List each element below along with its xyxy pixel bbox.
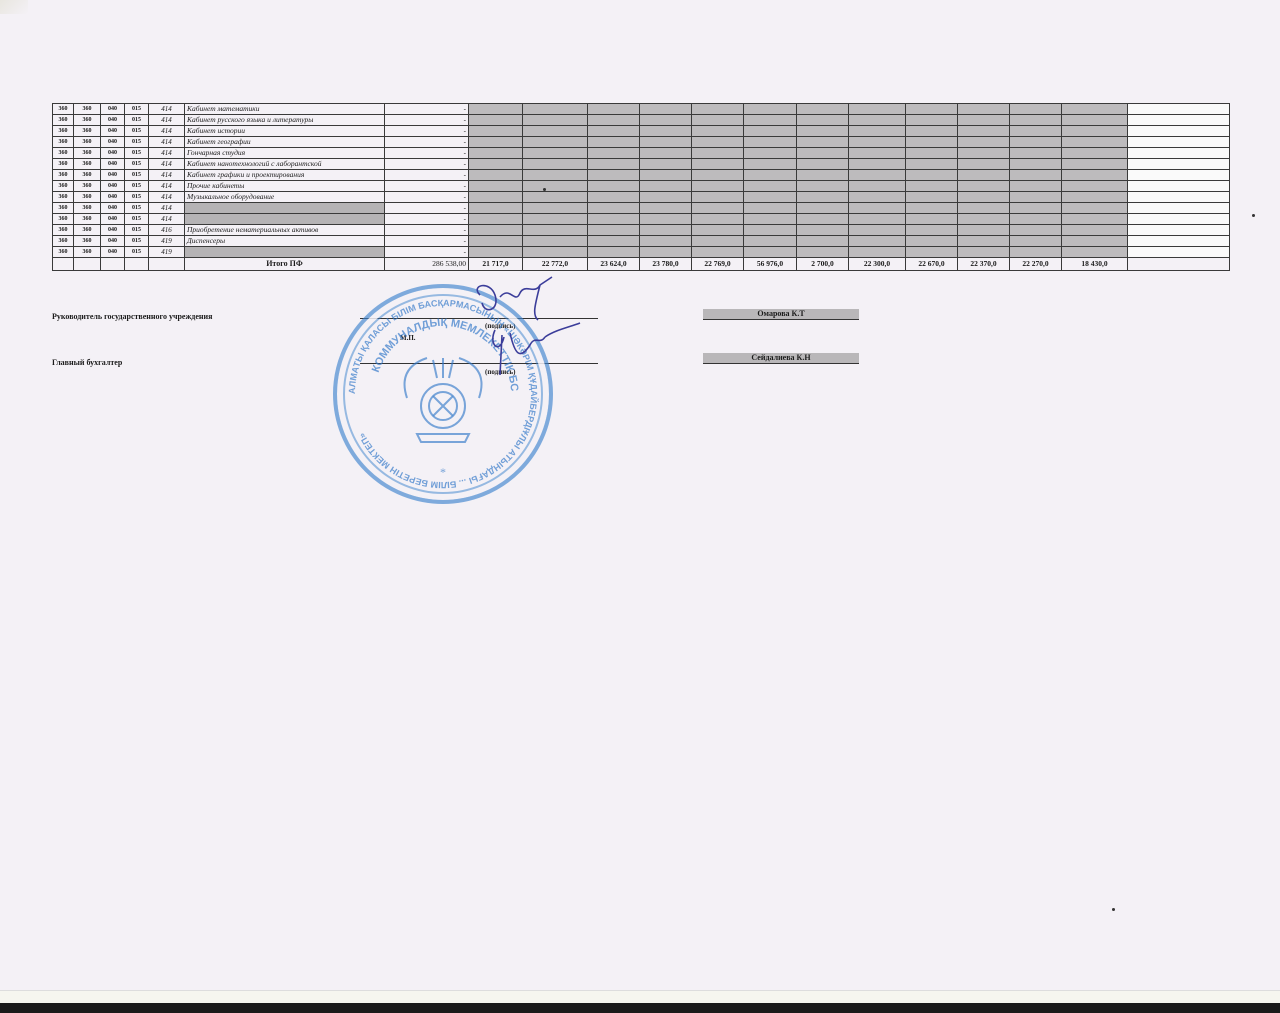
cell-c2: 360 <box>74 214 101 225</box>
cell-month-4 <box>640 181 692 192</box>
cell-c2: 360 <box>74 126 101 137</box>
cell-month-4 <box>640 170 692 181</box>
cell-month-11 <box>1010 214 1062 225</box>
cell-month-9 <box>906 214 958 225</box>
table-row: 360360040015414Кабинет истории- <box>53 126 1230 137</box>
cell-month-7 <box>797 247 849 258</box>
cell-month-5 <box>692 203 744 214</box>
cell-month-4 <box>640 247 692 258</box>
cell-total: - <box>385 181 469 192</box>
cell-month-3 <box>588 137 640 148</box>
cell-c1: 360 <box>53 214 74 225</box>
cell-name: Кабинет географии <box>185 137 385 148</box>
cell-month-5 <box>692 236 744 247</box>
cell-month-3 <box>588 148 640 159</box>
cell-name: Приобретение нематериальных активов <box>185 225 385 236</box>
cell-month-8 <box>849 137 906 148</box>
accountant-name: Сейдалиева К.Н <box>703 353 859 364</box>
cell-spec: 414 <box>149 159 185 170</box>
cell-month-7 <box>797 203 849 214</box>
cell-month-12 <box>1062 225 1128 236</box>
cell-month-3 <box>588 126 640 137</box>
table-row: 360360040015414Музыкальное оборудование- <box>53 192 1230 203</box>
cell-note <box>1128 192 1230 203</box>
total-month-10: 22 370,0 <box>958 258 1010 271</box>
cell-month-5 <box>692 247 744 258</box>
cell-month-3 <box>588 214 640 225</box>
cell-c4: 015 <box>125 115 149 126</box>
cell-month-10 <box>958 203 1010 214</box>
cell-month-3 <box>588 203 640 214</box>
cell-month-5 <box>692 148 744 159</box>
cell-month-8 <box>849 247 906 258</box>
cell-month-1 <box>469 126 523 137</box>
accountant-label: Главный бухгалтер <box>52 358 122 367</box>
cell-total: - <box>385 214 469 225</box>
cell-spec: 414 <box>149 115 185 126</box>
cell-c4: 015 <box>125 181 149 192</box>
cell-total: - <box>385 104 469 115</box>
cell-month-3 <box>588 170 640 181</box>
cell-month-12 <box>1062 104 1128 115</box>
total-month-11: 22 270,0 <box>1010 258 1062 271</box>
cell-month-2 <box>523 247 588 258</box>
cell-month-12 <box>1062 170 1128 181</box>
cell-total: - <box>385 126 469 137</box>
cell-month-8 <box>849 214 906 225</box>
cell-month-5 <box>692 214 744 225</box>
cell-month-11 <box>1010 170 1062 181</box>
cell-month-7 <box>797 126 849 137</box>
cell-c2: 360 <box>74 170 101 181</box>
cell-c2: 360 <box>74 148 101 159</box>
cell-month-2 <box>523 115 588 126</box>
cell-month-4 <box>640 214 692 225</box>
total-month-6: 56 976,0 <box>744 258 797 271</box>
cell-month-1 <box>469 159 523 170</box>
cell-month-8 <box>849 104 906 115</box>
table-row: 360360040015414- <box>53 214 1230 225</box>
cell-c1: 360 <box>53 126 74 137</box>
cell-c3: 040 <box>101 104 125 115</box>
svg-text:*: * <box>440 465 446 479</box>
cell-month-9 <box>906 170 958 181</box>
cell-month-11 <box>1010 225 1062 236</box>
cell-month-1 <box>469 225 523 236</box>
cell-name <box>185 203 385 214</box>
cell-c1: 360 <box>53 115 74 126</box>
page-corner-shadow <box>0 0 28 14</box>
cell-month-9 <box>906 192 958 203</box>
cell-name: Кабинет математики <box>185 104 385 115</box>
cell-total: - <box>385 203 469 214</box>
handwritten-signatures <box>440 275 600 395</box>
cell-c3: 040 <box>101 247 125 258</box>
cell-c4: 015 <box>125 203 149 214</box>
cell-spec: 414 <box>149 137 185 148</box>
cell-month-4 <box>640 236 692 247</box>
cell-month-1 <box>469 137 523 148</box>
cell-month-4 <box>640 126 692 137</box>
cell-month-6 <box>744 247 797 258</box>
cell-empty <box>125 258 149 271</box>
cell-month-1 <box>469 181 523 192</box>
cell-month-10 <box>958 104 1010 115</box>
cell-c2: 360 <box>74 225 101 236</box>
cell-month-10 <box>958 181 1010 192</box>
cell-month-8 <box>849 115 906 126</box>
cell-c1: 360 <box>53 236 74 247</box>
cell-month-7 <box>797 181 849 192</box>
cell-c3: 040 <box>101 225 125 236</box>
cell-spec: 414 <box>149 214 185 225</box>
cell-c2: 360 <box>74 236 101 247</box>
cell-month-11 <box>1010 148 1062 159</box>
cell-name: Кабинет нанотехнологий с лаборантской <box>185 159 385 170</box>
cell-month-8 <box>849 126 906 137</box>
cell-month-3 <box>588 181 640 192</box>
cell-month-11 <box>1010 137 1062 148</box>
cell-note <box>1128 148 1230 159</box>
cell-total: - <box>385 137 469 148</box>
cell-spec: 414 <box>149 181 185 192</box>
cell-month-5 <box>692 159 744 170</box>
cell-month-11 <box>1010 115 1062 126</box>
cell-month-2 <box>523 214 588 225</box>
table-row: 360360040015414Кабинет математики- <box>53 104 1230 115</box>
cell-month-1 <box>469 247 523 258</box>
cell-month-6 <box>744 148 797 159</box>
cell-month-4 <box>640 192 692 203</box>
cell-note <box>1128 236 1230 247</box>
total-amount: 286 538,00 <box>385 258 469 271</box>
cell-month-12 <box>1062 236 1128 247</box>
scan-speck <box>1252 214 1255 217</box>
cell-month-9 <box>906 181 958 192</box>
cell-c2: 360 <box>74 247 101 258</box>
cell-note <box>1128 170 1230 181</box>
cell-month-10 <box>958 214 1010 225</box>
cell-month-2 <box>523 104 588 115</box>
cell-c3: 040 <box>101 126 125 137</box>
cell-total: - <box>385 170 469 181</box>
cell-c1: 360 <box>53 247 74 258</box>
head-name: Омарова К.Т <box>703 309 859 320</box>
cell-month-4 <box>640 137 692 148</box>
cell-note <box>1128 258 1230 271</box>
cell-total: - <box>385 148 469 159</box>
total-month-1: 21 717,0 <box>469 258 523 271</box>
cell-month-2 <box>523 192 588 203</box>
table-row: 360360040015414Кабинет графики и проекти… <box>53 170 1230 181</box>
cell-month-7 <box>797 170 849 181</box>
cell-empty <box>101 258 125 271</box>
cell-month-9 <box>906 115 958 126</box>
cell-c2: 360 <box>74 115 101 126</box>
cell-c4: 015 <box>125 159 149 170</box>
cell-month-7 <box>797 137 849 148</box>
cell-c1: 360 <box>53 170 74 181</box>
scan-speck <box>1112 908 1115 911</box>
cell-month-11 <box>1010 181 1062 192</box>
cell-c3: 040 <box>101 214 125 225</box>
cell-total: - <box>385 225 469 236</box>
cell-month-3 <box>588 192 640 203</box>
cell-note <box>1128 214 1230 225</box>
cell-month-3 <box>588 159 640 170</box>
cell-month-4 <box>640 225 692 236</box>
cell-name: Музыкальное оборудование <box>185 192 385 203</box>
cell-c2: 360 <box>74 104 101 115</box>
cell-c3: 040 <box>101 236 125 247</box>
cell-month-6 <box>744 159 797 170</box>
table-row: 360360040015414Кабинет нанотехнологий с … <box>53 159 1230 170</box>
cell-total: - <box>385 192 469 203</box>
cell-empty <box>53 258 74 271</box>
budget-table: 360360040015414Кабинет математики-360360… <box>52 103 1230 271</box>
cell-month-3 <box>588 115 640 126</box>
cell-month-5 <box>692 192 744 203</box>
cell-c1: 360 <box>53 192 74 203</box>
cell-c2: 360 <box>74 181 101 192</box>
cell-month-10 <box>958 236 1010 247</box>
cell-month-7 <box>797 214 849 225</box>
cell-month-5 <box>692 104 744 115</box>
scan-speck <box>543 188 546 191</box>
cell-c2: 360 <box>74 192 101 203</box>
cell-note <box>1128 104 1230 115</box>
cell-name: Кабинет графики и проектирования <box>185 170 385 181</box>
cell-note <box>1128 137 1230 148</box>
cell-month-9 <box>906 236 958 247</box>
cell-month-11 <box>1010 159 1062 170</box>
cell-month-2 <box>523 159 588 170</box>
cell-month-9 <box>906 137 958 148</box>
cell-month-6 <box>744 115 797 126</box>
cell-month-9 <box>906 148 958 159</box>
total-month-2: 22 772,0 <box>523 258 588 271</box>
cell-name: Гончарная студия <box>185 148 385 159</box>
cell-spec: 416 <box>149 225 185 236</box>
cell-total: - <box>385 247 469 258</box>
paper-bottom-edge <box>0 990 1280 1003</box>
cell-month-9 <box>906 247 958 258</box>
cell-month-10 <box>958 126 1010 137</box>
cell-c1: 360 <box>53 148 74 159</box>
cell-c3: 040 <box>101 148 125 159</box>
cell-month-6 <box>744 170 797 181</box>
cell-month-7 <box>797 115 849 126</box>
cell-month-9 <box>906 126 958 137</box>
cell-month-8 <box>849 203 906 214</box>
cell-month-11 <box>1010 203 1062 214</box>
cell-c4: 015 <box>125 225 149 236</box>
cell-c4: 015 <box>125 236 149 247</box>
cell-month-2 <box>523 137 588 148</box>
cell-month-3 <box>588 104 640 115</box>
cell-c4: 015 <box>125 170 149 181</box>
cell-c3: 040 <box>101 159 125 170</box>
cell-note <box>1128 225 1230 236</box>
cell-month-12 <box>1062 181 1128 192</box>
cell-month-4 <box>640 104 692 115</box>
total-month-5: 22 769,0 <box>692 258 744 271</box>
table-row: 360360040015414Гончарная студия- <box>53 148 1230 159</box>
cell-month-10 <box>958 225 1010 236</box>
cell-month-8 <box>849 225 906 236</box>
cell-month-1 <box>469 236 523 247</box>
cell-month-2 <box>523 126 588 137</box>
total-label: Итого ПФ <box>185 258 385 271</box>
table-row: 360360040015414Прочие кабинеты- <box>53 181 1230 192</box>
cell-month-10 <box>958 192 1010 203</box>
total-month-9: 22 670,0 <box>906 258 958 271</box>
cell-month-4 <box>640 159 692 170</box>
cell-month-12 <box>1062 192 1128 203</box>
cell-c1: 360 <box>53 104 74 115</box>
cell-name <box>185 247 385 258</box>
cell-note <box>1128 203 1230 214</box>
cell-month-12 <box>1062 126 1128 137</box>
cell-c4: 015 <box>125 104 149 115</box>
cell-c4: 015 <box>125 192 149 203</box>
cell-spec: 414 <box>149 170 185 181</box>
table-row: 360360040015419- <box>53 247 1230 258</box>
cell-month-7 <box>797 192 849 203</box>
total-month-8: 22 300,0 <box>849 258 906 271</box>
cell-month-7 <box>797 159 849 170</box>
cell-month-12 <box>1062 148 1128 159</box>
cell-month-1 <box>469 192 523 203</box>
cell-month-6 <box>744 104 797 115</box>
cell-month-5 <box>692 126 744 137</box>
cell-c3: 040 <box>101 137 125 148</box>
table-row: 360360040015414Кабинет географии- <box>53 137 1230 148</box>
total-row: Итого ПФ286 538,0021 717,022 772,023 624… <box>53 258 1230 271</box>
cell-month-7 <box>797 104 849 115</box>
cell-name: Кабинет русского языка и литературы <box>185 115 385 126</box>
table-row: 360360040015414- <box>53 203 1230 214</box>
cell-c4: 015 <box>125 126 149 137</box>
cell-spec: 414 <box>149 192 185 203</box>
cell-note <box>1128 126 1230 137</box>
cell-month-5 <box>692 181 744 192</box>
cell-month-10 <box>958 159 1010 170</box>
cell-month-11 <box>1010 236 1062 247</box>
cell-month-12 <box>1062 247 1128 258</box>
table-row: 360360040015419Диспенсеры- <box>53 236 1230 247</box>
cell-month-5 <box>692 115 744 126</box>
cell-name <box>185 214 385 225</box>
cell-month-11 <box>1010 126 1062 137</box>
cell-month-1 <box>469 214 523 225</box>
cell-c4: 015 <box>125 137 149 148</box>
cell-month-7 <box>797 225 849 236</box>
cell-month-8 <box>849 181 906 192</box>
cell-c4: 015 <box>125 214 149 225</box>
cell-month-6 <box>744 236 797 247</box>
cell-name: Прочие кабинеты <box>185 181 385 192</box>
cell-month-2 <box>523 203 588 214</box>
total-month-7: 2 700,0 <box>797 258 849 271</box>
cell-c3: 040 <box>101 181 125 192</box>
cell-month-2 <box>523 148 588 159</box>
cell-month-3 <box>588 225 640 236</box>
cell-month-6 <box>744 214 797 225</box>
cell-month-8 <box>849 170 906 181</box>
total-month-4: 23 780,0 <box>640 258 692 271</box>
cell-note <box>1128 159 1230 170</box>
cell-c1: 360 <box>53 203 74 214</box>
cell-month-8 <box>849 192 906 203</box>
cell-month-6 <box>744 225 797 236</box>
cell-month-9 <box>906 104 958 115</box>
cell-month-8 <box>849 236 906 247</box>
cell-month-3 <box>588 247 640 258</box>
cell-month-12 <box>1062 115 1128 126</box>
cell-spec: 419 <box>149 236 185 247</box>
cell-month-7 <box>797 236 849 247</box>
table-row: 360360040015414Кабинет русского языка и … <box>53 115 1230 126</box>
cell-total: - <box>385 115 469 126</box>
cell-month-4 <box>640 148 692 159</box>
cell-total: - <box>385 236 469 247</box>
cell-c3: 040 <box>101 170 125 181</box>
cell-month-2 <box>523 225 588 236</box>
cell-c2: 360 <box>74 137 101 148</box>
cell-month-4 <box>640 203 692 214</box>
cell-month-1 <box>469 148 523 159</box>
cell-month-12 <box>1062 137 1128 148</box>
cell-month-2 <box>523 170 588 181</box>
cell-empty <box>74 258 101 271</box>
cell-month-12 <box>1062 214 1128 225</box>
cell-month-10 <box>958 247 1010 258</box>
cell-c4: 015 <box>125 148 149 159</box>
cell-name: Кабинет истории <box>185 126 385 137</box>
cell-month-2 <box>523 236 588 247</box>
cell-spec: 414 <box>149 148 185 159</box>
cell-c2: 360 <box>74 203 101 214</box>
cell-spec: 414 <box>149 126 185 137</box>
cell-month-2 <box>523 181 588 192</box>
cell-c4: 015 <box>125 247 149 258</box>
cell-month-7 <box>797 148 849 159</box>
head-label: Руководитель государственного учреждения <box>52 312 212 321</box>
cell-month-5 <box>692 170 744 181</box>
cell-empty <box>149 258 185 271</box>
cell-month-6 <box>744 137 797 148</box>
cell-c3: 040 <box>101 115 125 126</box>
cell-c3: 040 <box>101 192 125 203</box>
cell-c1: 360 <box>53 181 74 192</box>
cell-month-3 <box>588 236 640 247</box>
scan-background <box>0 1003 1280 1013</box>
total-month-12: 18 430,0 <box>1062 258 1128 271</box>
cell-month-9 <box>906 203 958 214</box>
total-month-3: 23 624,0 <box>588 258 640 271</box>
cell-month-10 <box>958 148 1010 159</box>
cell-spec: 419 <box>149 247 185 258</box>
cell-note <box>1128 247 1230 258</box>
cell-month-9 <box>906 225 958 236</box>
cell-note <box>1128 115 1230 126</box>
cell-month-1 <box>469 170 523 181</box>
cell-month-5 <box>692 225 744 236</box>
cell-c1: 360 <box>53 137 74 148</box>
cell-month-10 <box>958 137 1010 148</box>
cell-month-12 <box>1062 203 1128 214</box>
